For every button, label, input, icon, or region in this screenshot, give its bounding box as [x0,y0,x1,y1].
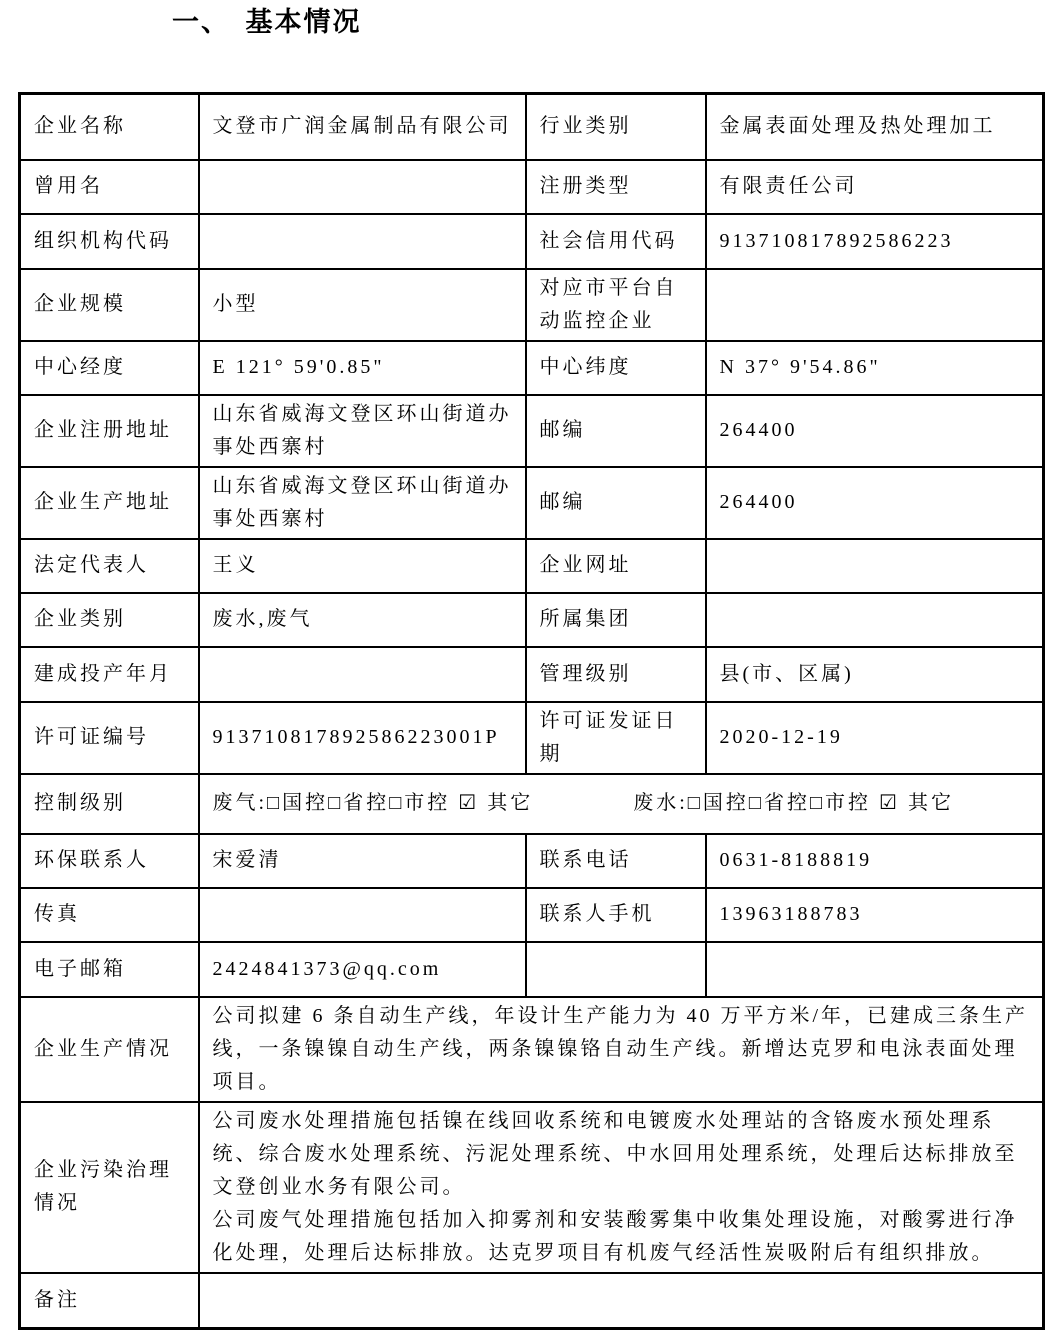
label-production-overview: 企业生产情况 [20,997,199,1102]
label-commissioning-date: 建成投产年月 [20,647,199,702]
table-row: 企业注册地址 山东省威海文登区环山街道办事处西寨村 邮编 264400 [20,395,1044,467]
label-company-name: 企业名称 [20,94,199,160]
label-enterprise-category: 企业类别 [20,593,199,647]
value-center-latitude: N 37° 9'54.86" [706,341,1044,395]
value-org-code [199,214,526,269]
value-enterprise-scale: 小型 [199,269,526,341]
pollution-control-wastewater-paragraph: 公司废水处理措施包括镍在线回收系统和电镀废水处理站的含铬废水预处理系统、综合废水… [213,1105,1033,1204]
table-row: 企业规模 小型 对应市平台自动监控企业 [20,269,1044,341]
label-management-level: 管理级别 [526,647,706,702]
table-row: 电子邮箱 2424841373@qq.com [20,942,1044,997]
value-postcode-2: 264400 [706,467,1044,539]
value-center-longitude: E 121° 59'0.85" [199,341,526,395]
value-remarks [199,1273,1044,1329]
label-contact-mobile: 联系人手机 [526,888,706,942]
value-company-name: 文登市广润金属制品有限公司 [199,94,526,160]
value-contact-phone: 0631-8188819 [706,834,1044,888]
value-parent-group [706,593,1044,647]
basic-info-table: 企业名称 文登市广润金属制品有限公司 行业类别 金属表面处理及热处理加工 曾用名… [18,92,1045,1330]
table-row: 传真 联系人手机 13963188783 [20,888,1044,942]
table-row: 中心经度 E 121° 59'0.85" 中心纬度 N 37° 9'54.86" [20,341,1044,395]
label-enterprise-scale: 企业规模 [20,269,199,341]
value-company-website [706,539,1044,593]
pollution-control-wastegas-paragraph: 公司废气处理措施包括加入抑雾剂和安装酸雾集中收集处理设施，对酸雾进行净化处理，处… [213,1204,1033,1270]
waste-gas-control-checkboxes: 废气:□国控□省控□市控 ☑ 其它 [213,787,534,820]
value-city-platform-auto-monitoring [706,269,1044,341]
value-postcode-1: 264400 [706,395,1044,467]
label-license-issue-date: 许可证发证日期 [526,702,706,774]
value-control-level: 废气:□国控□省控□市控 ☑ 其它废水:□国控□省控□市控 ☑ 其它 [199,774,1044,834]
label-parent-group: 所属集团 [526,593,706,647]
label-org-code: 组织机构代码 [20,214,199,269]
value-commissioning-date [199,647,526,702]
value-social-credit-code: 913710817892586223 [706,214,1044,269]
label-former-name: 曾用名 [20,160,199,214]
table-row: 曾用名 注册类型 有限责任公司 [20,160,1044,214]
table-row: 建成投产年月 管理级别 县(市、区属) [20,647,1044,702]
value-registration-type: 有限责任公司 [706,160,1044,214]
label-env-contact: 环保联系人 [20,834,199,888]
value-enterprise-category: 废水,废气 [199,593,526,647]
label-email: 电子邮箱 [20,942,199,997]
value-legal-representative: 王义 [199,539,526,593]
label-pollution-control-overview: 企业污染治理情况 [20,1102,199,1273]
label-license-number: 许可证编号 [20,702,199,774]
label-city-platform-auto-monitoring: 对应市平台自动监控企业 [526,269,706,341]
label-legal-representative: 法定代表人 [20,539,199,593]
label-remarks: 备注 [20,1273,199,1329]
table-row: 企业生产地址 山东省威海文登区环山街道办事处西寨村 邮编 264400 [20,467,1044,539]
label-production-address: 企业生产地址 [20,467,199,539]
value-pollution-control-overview: 公司废水处理措施包括镍在线回收系统和电镀废水处理站的含铬废水预处理系统、综合废水… [199,1102,1044,1273]
waste-water-control-checkboxes: 废水:□国控□省控□市控 ☑ 其它 [633,787,954,820]
label-postcode-1: 邮编 [526,395,706,467]
table-row: 备注 [20,1273,1044,1329]
label-contact-phone: 联系电话 [526,834,706,888]
label-fax: 传真 [20,888,199,942]
value-blank [706,942,1044,997]
table-row: 企业类别 废水,废气 所属集团 [20,593,1044,647]
label-center-latitude: 中心纬度 [526,341,706,395]
value-industry-category: 金属表面处理及热处理加工 [706,94,1044,160]
label-industry-category: 行业类别 [526,94,706,160]
value-production-overview: 公司拟建 6 条自动生产线，年设计生产能力为 40 万平方米/年，已建成三条生产… [199,997,1044,1102]
label-registration-type: 注册类型 [526,160,706,214]
label-center-longitude: 中心经度 [20,341,199,395]
value-contact-mobile: 13963188783 [706,888,1044,942]
value-management-level: 县(市、区属) [706,647,1044,702]
label-social-credit-code: 社会信用代码 [526,214,706,269]
value-license-number: 913710817892586223001P [199,702,526,774]
value-env-contact: 宋爱清 [199,834,526,888]
table-row: 控制级别 废气:□国控□省控□市控 ☑ 其它废水:□国控□省控□市控 ☑ 其它 [20,774,1044,834]
value-license-issue-date: 2020-12-19 [706,702,1044,774]
value-email: 2424841373@qq.com [199,942,526,997]
value-production-address: 山东省威海文登区环山街道办事处西寨村 [199,467,526,539]
label-registered-address: 企业注册地址 [20,395,199,467]
label-control-level: 控制级别 [20,774,199,834]
value-fax [199,888,526,942]
table-row: 许可证编号 913710817892586223001P 许可证发证日期 202… [20,702,1044,774]
section-title: 一、 基本情况 [172,0,362,39]
value-registered-address: 山东省威海文登区环山街道办事处西寨村 [199,395,526,467]
table-row: 法定代表人 王义 企业网址 [20,539,1044,593]
table-row: 环保联系人 宋爱清 联系电话 0631-8188819 [20,834,1044,888]
label-company-website: 企业网址 [526,539,706,593]
label-postcode-2: 邮编 [526,467,706,539]
label-blank [526,942,706,997]
table-row: 企业污染治理情况 公司废水处理措施包括镍在线回收系统和电镀废水处理站的含铬废水预… [20,1102,1044,1273]
value-former-name [199,160,526,214]
table-row: 企业生产情况 公司拟建 6 条自动生产线，年设计生产能力为 40 万平方米/年，… [20,997,1044,1102]
table-row: 组织机构代码 社会信用代码 913710817892586223 [20,214,1044,269]
table-row: 企业名称 文登市广润金属制品有限公司 行业类别 金属表面处理及热处理加工 [20,94,1044,160]
